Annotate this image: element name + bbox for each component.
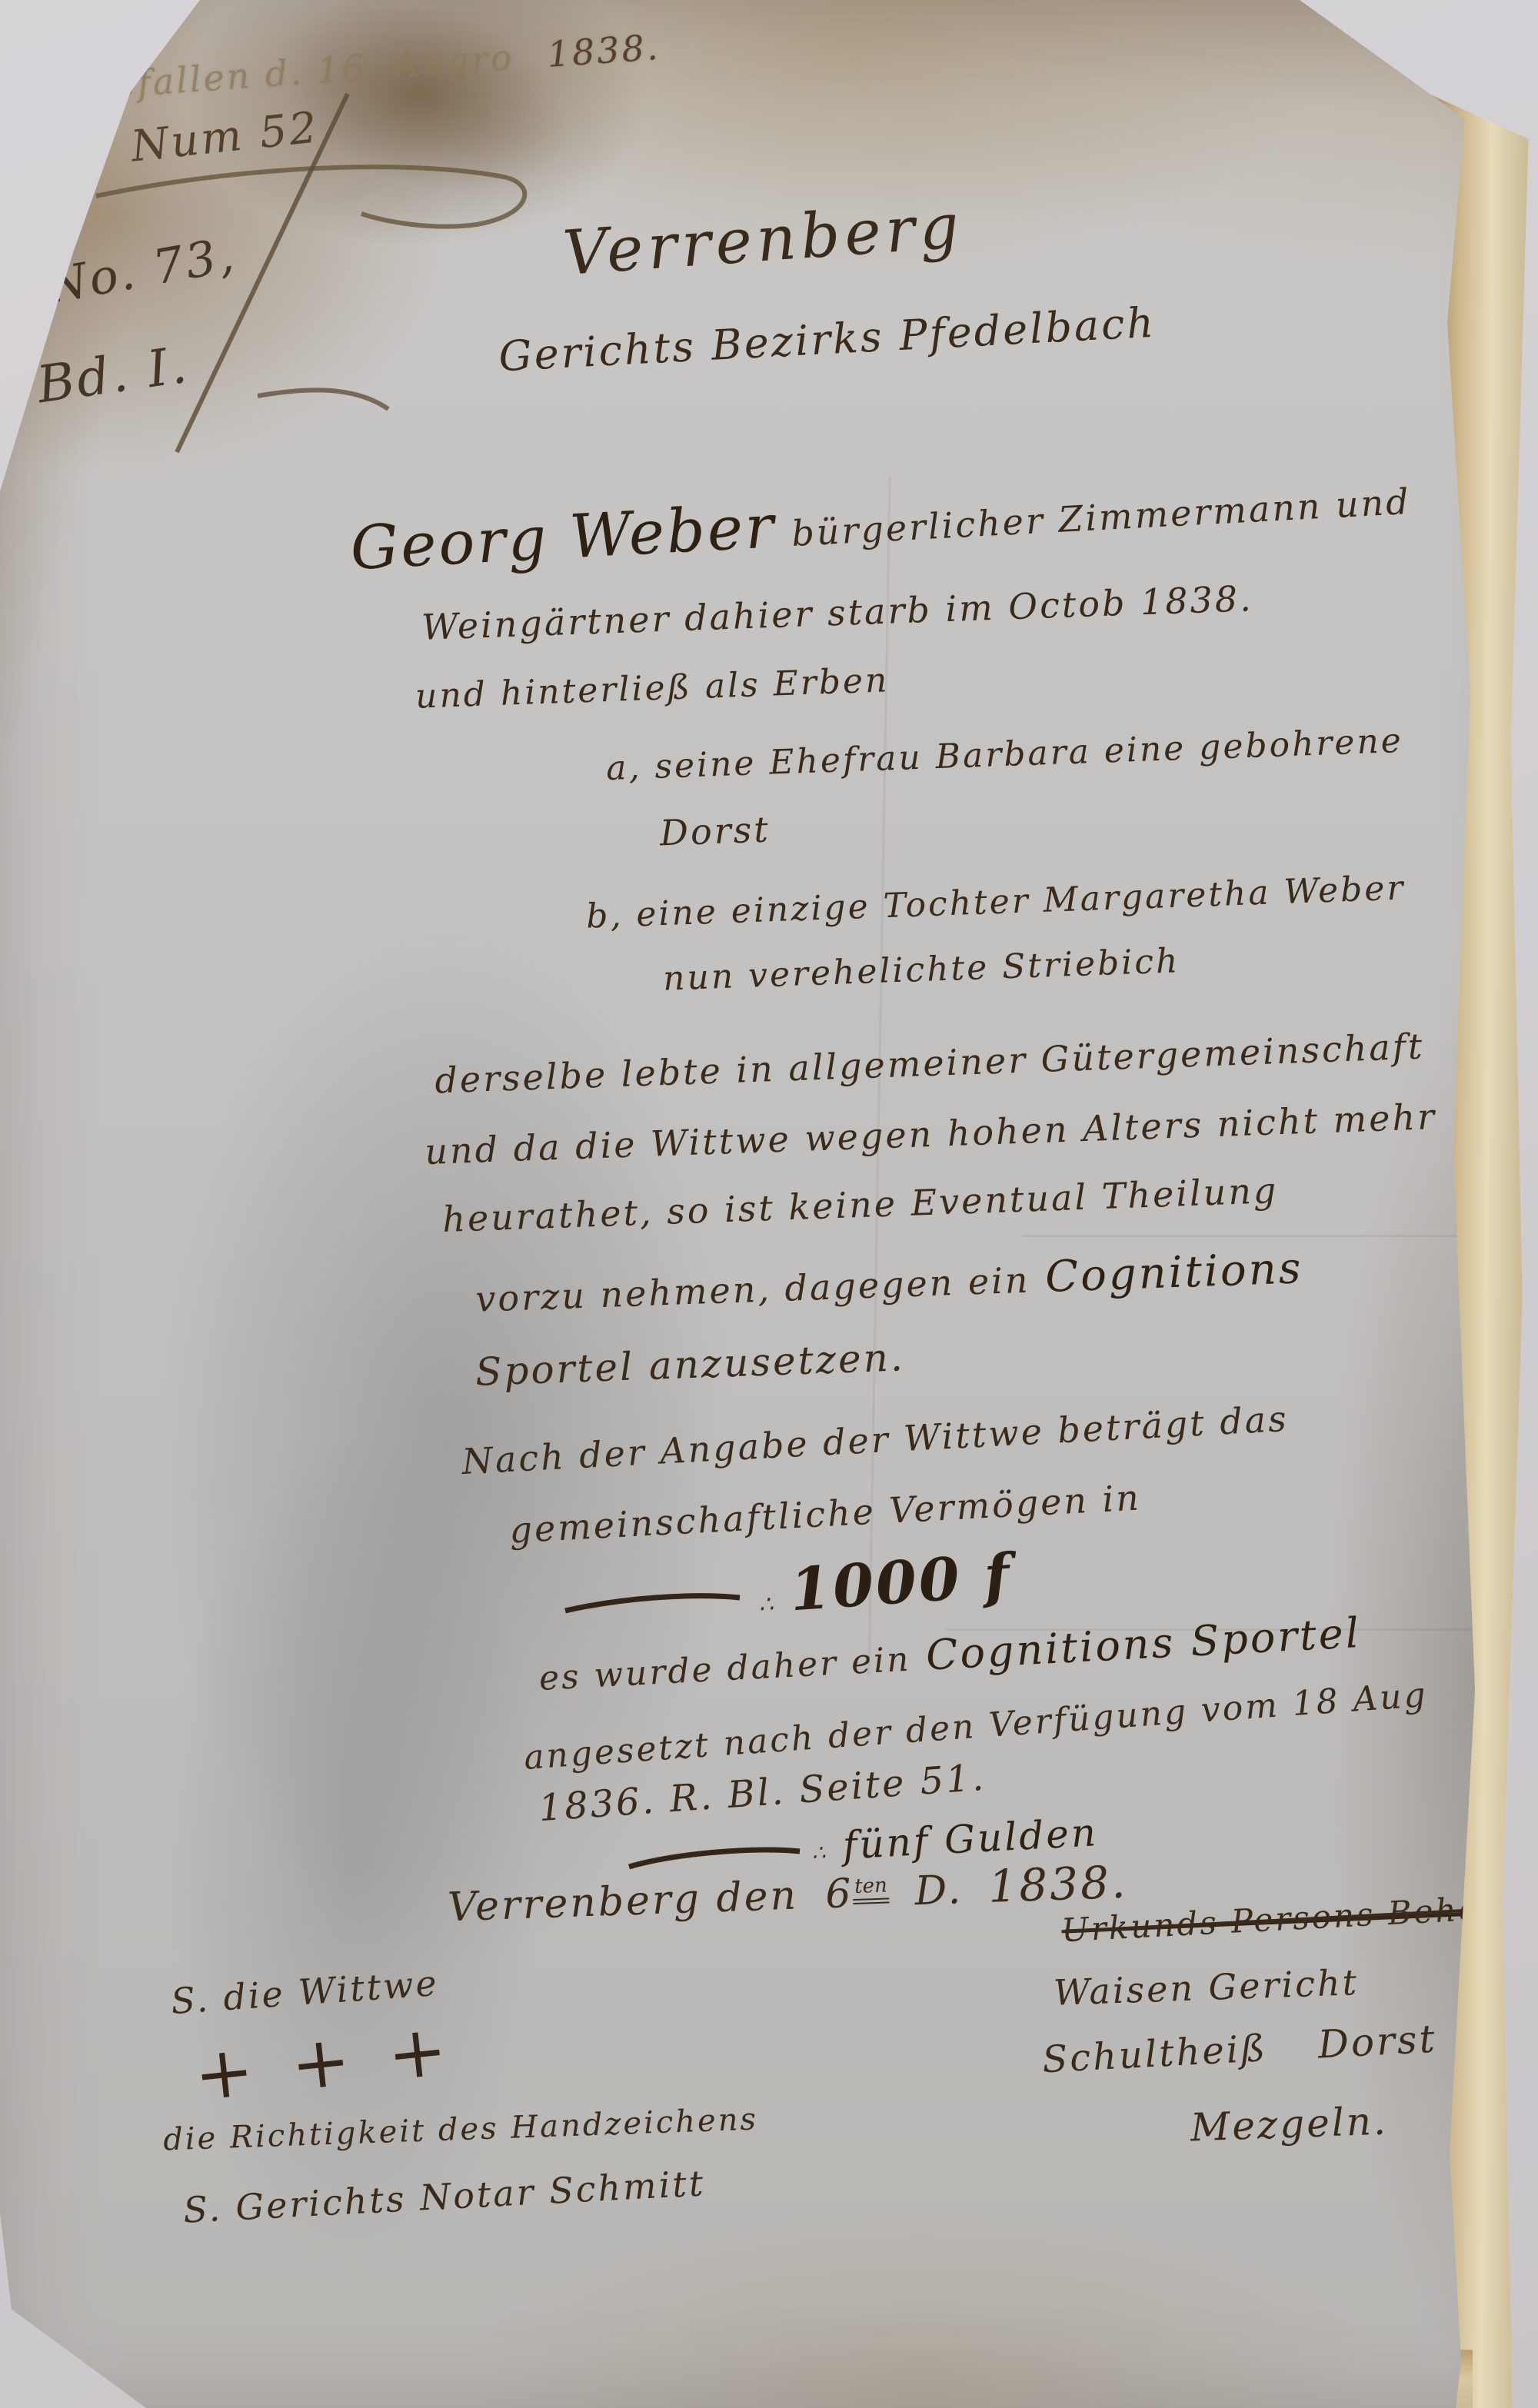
decedent-description: bürgerlicher Zimmermann und [791, 482, 1412, 554]
cognitions-term: Cognitions [1044, 1245, 1303, 1301]
amount-value: 1000 f [787, 1543, 1014, 1623]
body-p2-line4-text: vorzu nehmen, dagegen ein [475, 1261, 1031, 1319]
page-title-place: Verrenberg [561, 192, 966, 288]
signature-secondary: Mezgeln. [1190, 2100, 1389, 2150]
body-p1-line3: und hinterließ als Erben [414, 662, 890, 716]
heir-a-line2: Dorst [659, 810, 771, 853]
attestation-notary: S. Gerichts Notar Schmitt [182, 2164, 706, 2230]
margin-volume-number: Bd. I. [34, 338, 192, 414]
decedent-name: Georg Weber [349, 494, 778, 583]
fee-reference-mark: ∴ [811, 1841, 828, 1866]
body-p2-line4: vorzu nehmen, dagegen ein Cognitions [474, 1245, 1303, 1321]
heir-b-line2: nun verehelichte Striebich [662, 943, 1180, 998]
dateline: Verrenberg den 6ten D. 1838. [447, 1858, 1128, 1931]
body-p2-line3: heurathet, so ist keine Eventual Theilun… [441, 1171, 1279, 1239]
amount-reference-mark: ∴ [757, 1591, 776, 1618]
body-p4-line1: es wurde daher ein Cognitions Sportel [538, 1610, 1362, 1698]
dateline-day-suffix: ten [853, 1874, 890, 1904]
cognitions-sportel-term: Cognitions Sportel [925, 1610, 1363, 1678]
signature-court: Waisen Gericht [1053, 1963, 1360, 2012]
dateline-day: 6 [824, 1871, 854, 1917]
archive-note-year: 1838. [546, 26, 661, 75]
body-p2-line1: derselbe lebte in allgemeiner Gütergemei… [434, 1027, 1426, 1100]
body-p4-line1-text: es wurde daher ein [538, 1641, 912, 1698]
margin-file-number: No. 73, [42, 228, 240, 313]
body-p3-line1: Nach der Angabe der Wittwe beträgt das [461, 1399, 1289, 1482]
heir-a-line1: a, seine Ehefrau Barbara eine gebohrene [605, 723, 1403, 788]
body-p2-line2: und da die Wittwe wegen hohen Alters nic… [424, 1097, 1437, 1172]
witness-handmark-crosses: + + + [191, 2011, 458, 2115]
valuation-amount-line: ∴ 1000 f [755, 1543, 1014, 1625]
dateline-place: Verrenberg den [447, 1873, 799, 1931]
body-p1-line2: Weingärtner dahier starb im Octob 1838. [421, 579, 1253, 647]
signature-role-name: Schultheiß Dorst [1041, 2018, 1438, 2081]
signature-name: Dorst [1317, 2018, 1438, 2067]
signature-role: Schultheiß [1041, 2028, 1268, 2080]
horizontal-crease-1 [1023, 1235, 1484, 1237]
heir-b-line1: b, eine einzige Tochter Margaretha Weber [585, 870, 1406, 936]
dateline-year: 1838. [987, 1856, 1128, 1913]
dateline-month: D. [914, 1867, 964, 1914]
document-page: Gefallen d. 16. Augro 1838. Num 52 No. 7… [0, 0, 1538, 2408]
body-p1-line1: Georg Weber bürgerlicher Zimmermann und [349, 461, 1413, 583]
photograph-of-document: Gefallen d. 16. Augro 1838. Num 52 No. 7… [0, 0, 1538, 2408]
page-subtitle-district: Gerichts Bezirks Pfedelbach [498, 300, 1157, 380]
body-p3-line2: gemeinschaftliche Vermögen in [508, 1478, 1142, 1551]
body-p2-line5: Sportel anzusetzen. [474, 1336, 905, 1393]
